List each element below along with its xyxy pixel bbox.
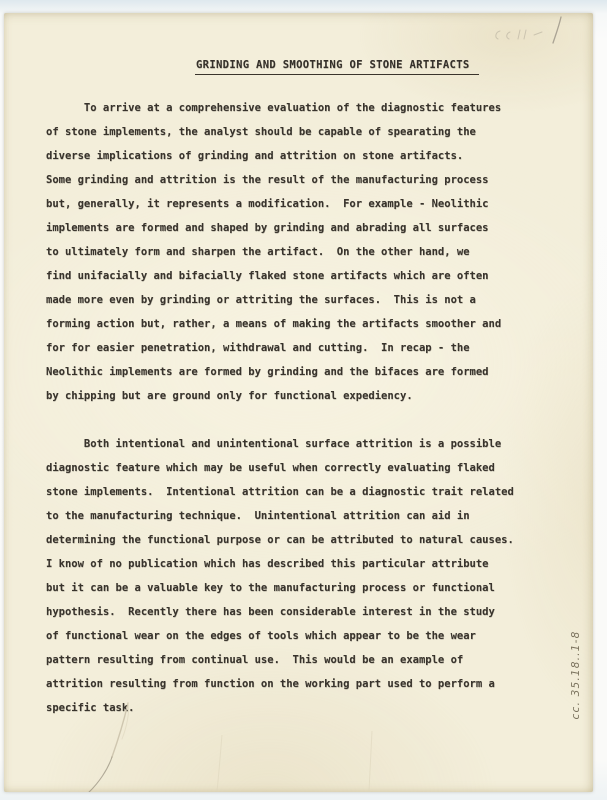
- paragraph-1: To arrive at a comprehensive evaluation …: [46, 96, 593, 408]
- text-line: made more even by grinding or attriting …: [46, 288, 593, 312]
- text-line: forming action but, rather, a means of m…: [46, 312, 593, 336]
- text-line: pattern resulting from continual use. Th…: [46, 648, 593, 672]
- text-line: determining the functional purpose or ca…: [46, 528, 593, 552]
- catalog-number: cc. 35.18..1-8: [570, 610, 584, 740]
- text-line: implements are formed and shaped by grin…: [46, 216, 593, 240]
- text-line: by chipping but are ground only for func…: [46, 384, 593, 408]
- text-line: to the manufacturing technique. Unintent…: [46, 504, 593, 528]
- document-body: To arrive at a comprehensive evaluation …: [46, 96, 593, 720]
- text-line: Neolithic implements are formed by grind…: [46, 360, 593, 384]
- text-line: stone implements. Intentional attrition …: [46, 480, 593, 504]
- paper-wrinkles: [217, 731, 372, 791]
- text-line: diverse implications of grinding and att…: [46, 144, 593, 168]
- text-line: specific task.: [46, 696, 593, 720]
- text-line: attrition resulting from function on the…: [46, 672, 593, 696]
- text-line: Some grinding and attrition is the resul…: [46, 168, 593, 192]
- text-line: of functional wear on the edges of tools…: [46, 624, 593, 648]
- scan-background: GRINDING AND SMOOTHING OF STONE ARTIFACT…: [0, 0, 607, 800]
- text-line: Both intentional and unintentional surfa…: [46, 432, 593, 456]
- text-line: To arrive at a comprehensive evaluation …: [46, 96, 593, 120]
- text-line: diagnostic feature which may be useful w…: [46, 456, 593, 480]
- text-line: to ultimately form and sharpen the artif…: [46, 240, 593, 264]
- text-line: for for easier penetration, withdrawal a…: [46, 336, 593, 360]
- text-line: find unifacially and bifacially flaked s…: [46, 264, 593, 288]
- document-page: GRINDING AND SMOOTHING OF STONE ARTIFACT…: [4, 13, 593, 792]
- text-line: but it can be a valuable key to the manu…: [46, 576, 593, 600]
- page-title: GRINDING AND SMOOTHING OF STONE ARTIFACT…: [195, 58, 479, 72]
- paragraph-2: Both intentional and unintentional surfa…: [46, 432, 593, 720]
- page-title-text: GRINDING AND SMOOTHING OF STONE ARTIFACT…: [195, 59, 479, 75]
- text-line: but, generally, it represents a modifica…: [46, 192, 593, 216]
- text-line: hypothesis. Recently there has been cons…: [46, 600, 593, 624]
- pencil-scribble: [496, 30, 542, 39]
- text-line: of stone implements, the analyst should …: [46, 120, 593, 144]
- pencil-slash: [553, 17, 561, 43]
- text-line: I know of no publication which has descr…: [46, 552, 593, 576]
